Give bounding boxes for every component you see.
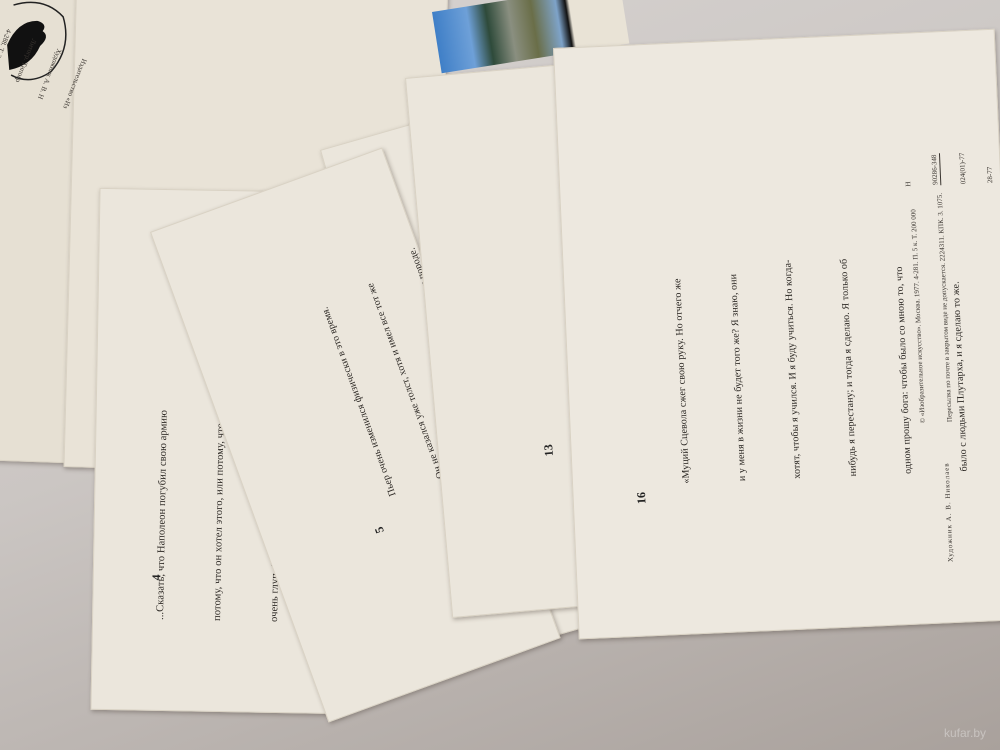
postcard-16-publisher: © «Изобразительное искусство». Москва. 1… — [891, 192, 973, 424]
watermark: kufar.by — [944, 726, 986, 740]
postcard-16-number: 16 — [634, 492, 650, 505]
postcard-16-catalog: Н 90286-348 024(01)-77 28-77 — [894, 151, 1000, 194]
postcard-16-artist: Художник А. В. Николаев — [942, 462, 955, 562]
postcard-4-number: 4 — [149, 574, 164, 580]
postcard-5-number: 5 — [372, 525, 388, 536]
postcard-13-number: 13 — [541, 444, 557, 457]
postcard-16: «Муций Сцевола сжег свою руку. Но отчего… — [553, 29, 1000, 640]
